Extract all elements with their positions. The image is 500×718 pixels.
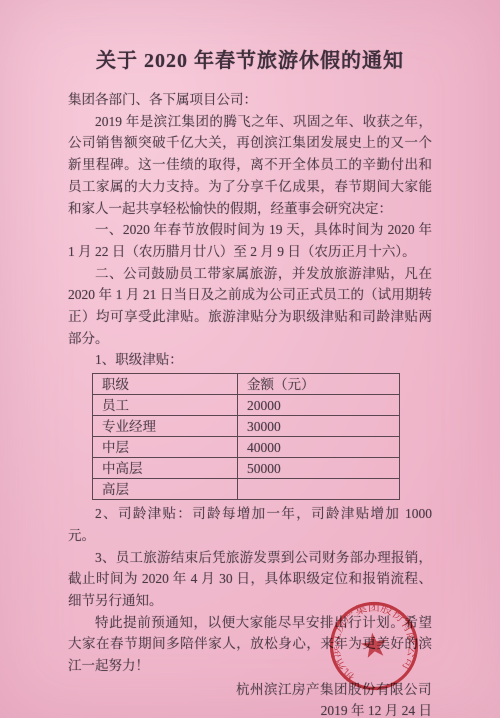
table-row: 专业经理 30000 (93, 416, 400, 437)
paragraph-intro: 2019 年是滨江集团的腾飞之年、巩固之年、收获之年，公司销售额突破千亿大关，再… (68, 111, 432, 220)
paragraph-closing: 特此提前预通知，以便大家能尽早安排出行计划。希望大家在春节期间多陪伴家人，放松身… (68, 612, 432, 677)
cell-amount: 20000 (238, 395, 400, 416)
document-title: 关于 2020 年春节旅游休假的通知 (68, 0, 432, 76)
table-header-row: 职级 金额（元） (93, 374, 400, 395)
cell-rank: 专业经理 (93, 416, 238, 437)
table-row: 高层 (93, 479, 400, 500)
table-row: 中高层 50000 (93, 458, 400, 479)
cell-amount: 50000 (238, 458, 400, 479)
cell-rank: 中层 (93, 437, 238, 458)
header-amount: 金额（元） (238, 374, 400, 395)
header-rank: 职级 (93, 374, 238, 395)
cell-amount (238, 479, 400, 500)
paragraph-item-1-holiday-dates: 一、2020 年春节放假时间为 19 天，具体时间为 2020 年 1 月 22… (68, 219, 432, 262)
signature-block: 杭州滨江房产集团股份有限公司 2019 年 12 月 24 日 (68, 679, 432, 718)
paragraph-rank-subsidy-label: 1、职级津贴： (68, 349, 432, 371)
paragraph-item-2-travel-subsidy: 二、公司鼓励员工带家属旅游，并发放旅游津贴，凡在 2020 年 1 月 21 日… (68, 263, 432, 350)
cell-rank: 高层 (93, 479, 238, 500)
salutation-line: 集团各部门、各下属项目公司： (68, 89, 432, 111)
cell-amount: 30000 (238, 416, 400, 437)
cell-rank: 员工 (93, 395, 238, 416)
document-body: 关于 2020 年春节旅游休假的通知 集团各部门、各下属项目公司： 2019 年… (68, 0, 432, 718)
cell-rank: 中高层 (93, 458, 238, 479)
signature-date: 2019 年 12 月 24 日 (68, 700, 432, 718)
notice-document-page: 关于 2020 年春节旅游休假的通知 集团各部门、各下属项目公司： 2019 年… (0, 0, 500, 718)
signature-company-name: 杭州滨江房产集团股份有限公司 (68, 679, 432, 701)
rank-allowance-table: 职级 金额（元） 员工 20000 专业经理 30000 中层 (92, 373, 400, 500)
paragraph-tenure-subsidy: 2、司龄津贴：司龄每增加一年，司龄津贴增加 1000 元。 (68, 503, 432, 546)
cell-amount: 40000 (238, 437, 400, 458)
paragraph-reimbursement: 3、员工旅游结束后凭旅游发票到公司财务部办理报销，截止时间为 2020 年 4 … (68, 547, 432, 612)
table-row: 员工 20000 (93, 395, 400, 416)
table-row: 中层 40000 (93, 437, 400, 458)
document-text: 集团各部门、各下属项目公司： 2019 年是滨江集团的腾飞之年、巩固之年、收获之… (68, 89, 432, 718)
